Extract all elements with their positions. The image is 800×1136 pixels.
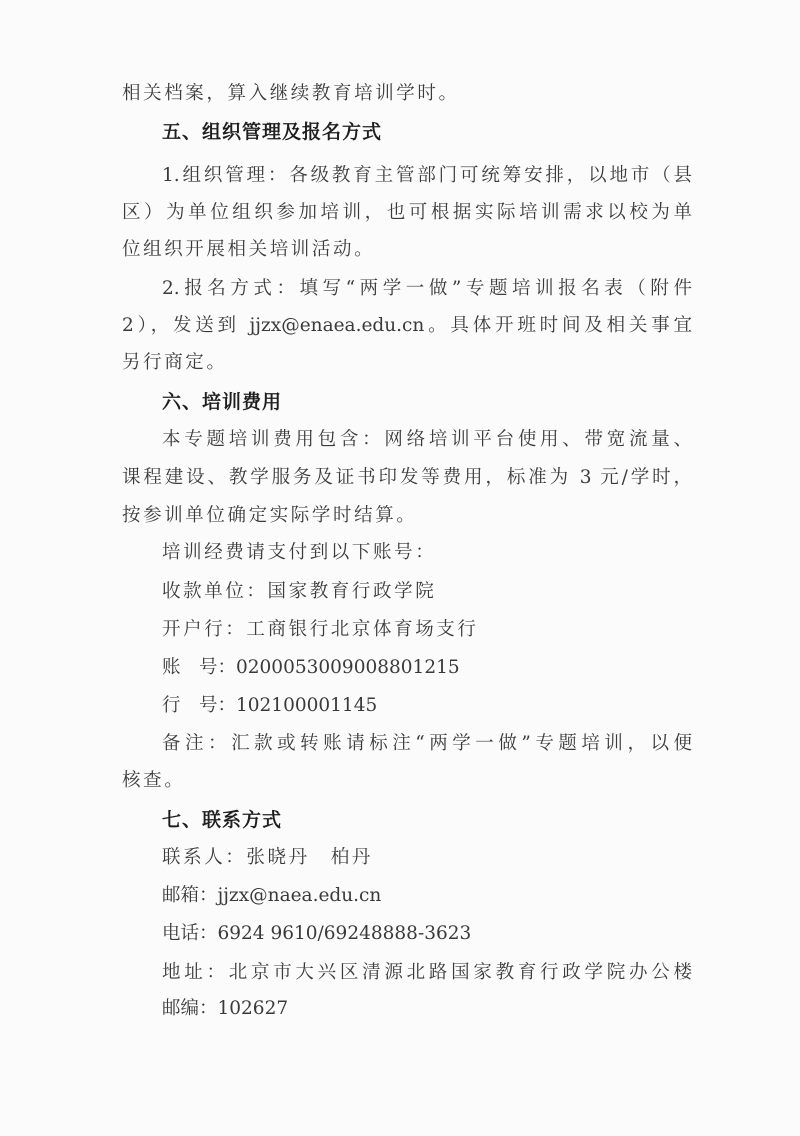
body-line-payee: 收款单位：国家教育行政学院	[162, 580, 692, 604]
section-heading-contact: 七、联系方式	[162, 808, 692, 832]
body-line-payment-intro: 培训经费请支付到以下账号：	[162, 541, 692, 565]
body-line-contact-postcode: 邮编：102627	[162, 997, 692, 1021]
body-line-account-number: 账 号：0200053009008801215	[162, 656, 692, 680]
body-line-registration-3: 另行商定。	[122, 351, 692, 375]
body-line-remark-2: 核查。	[122, 769, 692, 793]
body-line-contact-address: 地址：北京市大兴区清源北路国家教育行政学院办公楼	[162, 961, 692, 985]
body-line-remark-1: 备注：汇款或转账请标注“两学一做”专题培训，以便	[162, 732, 692, 756]
body-line-bank: 开户行：工商银行北京体育场支行	[162, 618, 692, 642]
body-line-bank-code: 行 号：102100001145	[162, 694, 692, 718]
body-line-registration-2: 2），发送到 jjzx@enaea.edu.cn。具体开班时间及相关事宜	[122, 314, 692, 338]
section-heading-fees: 六、培训费用	[162, 390, 692, 414]
body-line-archive: 相关档案，算入继续教育培训学时。	[122, 82, 692, 106]
body-line-contact-email: 邮箱：jjzx@naea.edu.cn	[162, 884, 692, 908]
section-heading-organization: 五、组织管理及报名方式	[162, 120, 692, 144]
body-line-contact-persons: 联系人：张晓丹 柏丹	[162, 846, 692, 870]
body-line-contact-phone: 电话：6924 9610/69248888-3623	[162, 922, 692, 946]
body-line-fees-3: 按参训单位确定实际学时结算。	[122, 504, 692, 528]
body-line-management-1: 1.组织管理：各级教育主管部门可统筹安排，以地市（县	[162, 164, 692, 188]
body-line-registration-1: 2.报名方式：填写“两学一做”专题培训报名表（附件	[162, 277, 692, 301]
body-line-management-3: 位组织开展相关培训活动。	[122, 238, 692, 262]
body-line-management-2: 区）为单位组织参加培训，也可根据实际培训需求以校为单	[122, 201, 692, 225]
body-line-fees-1: 本专题培训费用包含：网络培训平台使用、带宽流量、	[162, 428, 692, 452]
document-page: 相关档案，算入继续教育培训学时。 五、组织管理及报名方式 1.组织管理：各级教育…	[0, 0, 800, 1136]
body-line-fees-2: 课程建设、教学服务及证书印发等费用，标准为 3 元/学时，	[122, 466, 692, 490]
